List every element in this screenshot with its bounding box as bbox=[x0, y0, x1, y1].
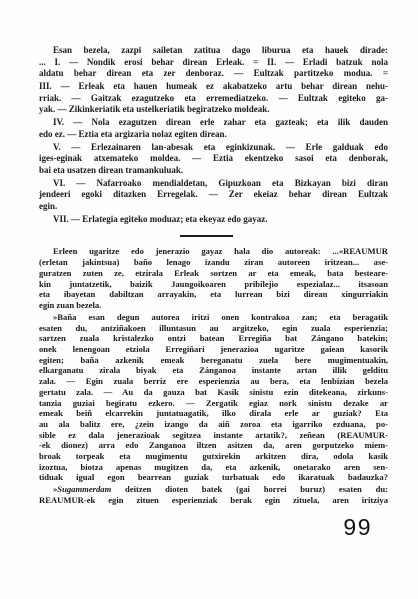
text-line: emeak beiñ elcarrekin juntatuagatik, ilk… bbox=[39, 408, 388, 419]
text-line: gertatu zala. — Au da gauza bat Kasik si… bbox=[39, 387, 388, 398]
text-line: bai eta usatzen direan tramankuluak. bbox=[39, 165, 388, 177]
paragraph-chapter-4: IV. — Nola ezagutzen direan erle zahar e… bbox=[39, 117, 388, 140]
paragraph-chapters-1-2: Esan bezela, zazpi sailetan zatitua dago… bbox=[39, 45, 388, 80]
paragraph-reaumur-experiment: »Baña esan degun autorea iritzi onen kon… bbox=[39, 312, 388, 483]
text-line: VI. — Nafarroako mendialdetan, Gipuzkoan… bbox=[39, 178, 388, 190]
text-line: ... I. — Nondik erosi behar direan Erlea… bbox=[39, 57, 388, 69]
text-line: III. — Erleak eta hauen humeak ez akabat… bbox=[39, 81, 388, 93]
text-line: onek lenengoan etziola Erregiñari jenera… bbox=[39, 344, 388, 355]
text-block: Esan bezela, zazpi sailetan zatitua dago… bbox=[39, 45, 388, 507]
paragraph-chapter-6: VI. — Nafarroako mendialdetan, Gipuzkoan… bbox=[39, 178, 388, 213]
text-line: yak. — Zikinkeriatik eta ustelkeriatik b… bbox=[39, 104, 388, 116]
text-line-remainder: deitzen dioten batek (gai horrei buruz) … bbox=[111, 484, 388, 494]
text-line: egin zuan bezela. bbox=[39, 300, 388, 311]
text-line: egin. bbox=[39, 201, 388, 213]
text-line: egiten; baña azkenik emeak bereganatu zu… bbox=[39, 355, 388, 366]
paragraph-chapter-3: III. — Erleak eta hauen humeak ez akabat… bbox=[39, 81, 388, 116]
section-divider-rule bbox=[180, 235, 233, 237]
text-line: rriak. — Gaitzak ezagutzeko eta erremedi… bbox=[39, 93, 388, 105]
text-line: elkarganatu zirala biyak eta Zánganoa in… bbox=[39, 365, 388, 376]
text-line: -ek dionez) arra edo Zanganoa iltzen asi… bbox=[39, 440, 388, 451]
quotation-section: Erleen ugaritze edo jenerazio gayaz hala… bbox=[39, 246, 388, 505]
text-line: izoztua, biotza apenas mugitzen da, eta … bbox=[39, 462, 388, 473]
paragraph-chapter-7: VII. — Erlategia egiteko moduaz; eta eke… bbox=[39, 214, 388, 226]
text-line: zala. — Egin zuala berriz ere esperienzi… bbox=[39, 376, 388, 387]
paragraph-sugammerdam: »Sugammerdam deitzen dioten batek (gai h… bbox=[39, 484, 388, 505]
text-line: eta ibayetan dabiltzan arrayakin, eta lu… bbox=[39, 289, 388, 300]
text-line: »Sugammerdam deitzen dioten batek (gai h… bbox=[39, 484, 388, 495]
text-line: IV. — Nola ezagutzen direan erle zahar e… bbox=[39, 117, 388, 129]
text-line: sible ez dala jenerazioak segitzea insta… bbox=[39, 430, 388, 441]
text-line: V. — Erlezainaren lan-abesak eta eginkiz… bbox=[39, 142, 388, 154]
book-page: Esan bezela, zazpi sailetan zatitua dago… bbox=[0, 0, 418, 599]
text-line: aldatu behar direan eta zer denboraz. — … bbox=[39, 68, 388, 80]
text-line: REAUMUR-ek egin zituen esperienziak bera… bbox=[39, 495, 388, 506]
text-line: edo ez. — Eztia eta argizaria nolaz egit… bbox=[39, 129, 388, 141]
text-line: sartzen zuala kristalezko ontzi batean E… bbox=[39, 333, 388, 344]
page-number: 99 bbox=[343, 514, 372, 541]
text-line: au ala balitz ere, ¿zein izango da aiñ z… bbox=[39, 419, 388, 430]
chapter-summary-section: Esan bezela, zazpi sailetan zatitua dago… bbox=[39, 45, 388, 225]
text-line: (erletan jakintsua) baño lenago izandu z… bbox=[39, 257, 388, 268]
text-line: broak torpeak eta mugimentu gutxirekin a… bbox=[39, 451, 388, 462]
text-line: VII. — Erlategia egiteko moduaz; eta eke… bbox=[39, 214, 388, 226]
italic-proper-name: Sugammerdam bbox=[57, 484, 111, 494]
paragraph-reaumur-intro: Erleen ugaritze edo jenerazio gayaz hala… bbox=[39, 246, 388, 310]
text-line: esaten du, antziñakoen illuntasun au arg… bbox=[39, 323, 388, 334]
text-line: kin juntatzetik, baizik Jaungoikoaren pr… bbox=[39, 279, 388, 290]
text-line: »Baña esan degun autorea iritzi onen kon… bbox=[39, 312, 388, 323]
text-line: Erleen ugaritze edo jenerazio gayaz hala… bbox=[39, 246, 388, 257]
text-line: iges-eginak atxemateko moldea. — Eztia e… bbox=[39, 153, 388, 165]
text-line: tanzia guziai begiratu ezkero. — Zergati… bbox=[39, 398, 388, 409]
paragraph-chapter-5: V. — Erlezainaren lan-abesak eta eginkiz… bbox=[39, 142, 388, 177]
text-line: Esan bezela, zazpi sailetan zatitua dago… bbox=[39, 45, 388, 57]
text-line: tiduak igual egon bearrean guziak turbat… bbox=[39, 472, 388, 483]
text-line: jendeeri egoki ditazken Erregelak. — Zer… bbox=[39, 189, 388, 201]
text-line: guratzen zuten ze, etzirala Erleak sortz… bbox=[39, 268, 388, 279]
